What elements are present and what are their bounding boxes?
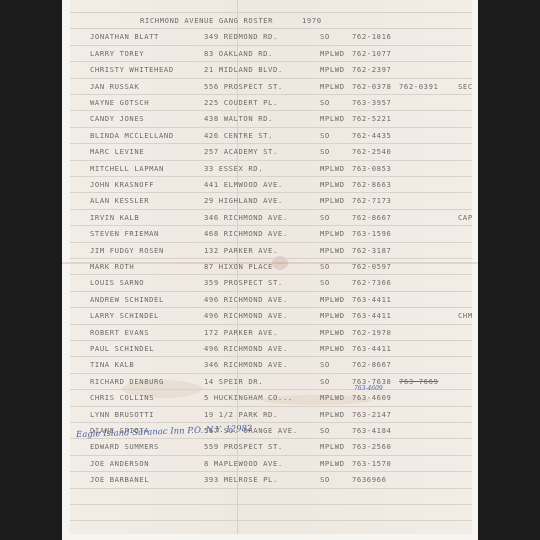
member-address: 132 PARKER AVE. <box>204 246 278 255</box>
member-town: MPLWD <box>320 393 345 402</box>
member-phone: 763-2147 <box>352 410 391 419</box>
member-phone-alt: 762-0391 <box>399 82 438 91</box>
member-address: 559 PROSPECT ST. <box>204 442 283 451</box>
member-name: PAUL SCHINDEL <box>90 344 154 353</box>
member-town: SO <box>320 278 330 287</box>
member-town: SO <box>320 262 330 271</box>
roster-row: WAYNE GOTSCH225 COUDERT PL.SO763-3957 <box>62 94 478 110</box>
roster-row: LARRY TOREY83 OAKLAND RD.MPLWD762-1077 <box>62 45 478 61</box>
member-name: WAYNE GOTSCH <box>90 98 149 107</box>
roster-row: ROBERT EVANS172 PARKER AVE.MPLWD762-1970 <box>62 324 478 340</box>
member-town: MPLWD <box>320 164 345 173</box>
member-phone: 763-1596 <box>352 229 391 238</box>
member-phone: 762-7366 <box>352 278 391 287</box>
member-town: SO <box>320 360 330 369</box>
member-phone: 763-4411 <box>352 311 391 320</box>
roster-year: 1970 <box>302 16 322 25</box>
member-phone: 763-2560 <box>352 442 391 451</box>
roster-row: MITCHELL LAPMAN33 ESSEX RD.MPLWD763-0853 <box>62 160 478 176</box>
handwritten-phone: 763-4609 <box>354 385 383 392</box>
member-address: 496 RICHMOND AVE. <box>204 344 288 353</box>
member-town: MPLWD <box>320 410 345 419</box>
member-name: CHRIS COLLINS <box>90 393 154 402</box>
member-address: 393 MELROSE PL. <box>204 475 278 484</box>
member-phone: 763-4609 <box>352 393 391 402</box>
ruled-line <box>70 488 472 489</box>
member-phone: 7636966 <box>352 475 387 484</box>
member-town: SO <box>320 377 330 386</box>
roster-row: STEVEN FRIEMAN468 RICHMOND AVE.MPLWD763-… <box>62 225 478 241</box>
member-phone: 762-1077 <box>352 49 391 58</box>
member-name: JOE BARBANEL <box>90 475 149 484</box>
member-phone: 763-4184 <box>352 426 391 435</box>
roster-row: PAUL SCHINDEL496 RICHMOND AVE.MPLWD763-4… <box>62 340 478 356</box>
member-note: CHM <box>458 311 473 320</box>
member-town: MPLWD <box>320 229 345 238</box>
roster-row: ANDREW SCHINDEL496 RICHMOND AVE.MPLWD763… <box>62 291 478 307</box>
member-address: 426 CENTRE ST. <box>204 131 273 140</box>
member-name: BLINDA MCCLELLAND <box>90 131 174 140</box>
member-town: SO <box>320 131 330 140</box>
member-phone: 763-4411 <box>352 295 391 304</box>
roster-row: JOE ANDERSON8 MAPLEWOOD AVE.MPLWD763-157… <box>62 455 478 471</box>
member-address: 438 WALTON RD. <box>204 114 273 123</box>
member-town: MPLWD <box>320 180 345 189</box>
member-name: CHRISTY WHITEHEAD <box>90 65 174 74</box>
member-phone: 763-1570 <box>352 459 391 468</box>
member-name: LYNN BRUSOTTI <box>90 410 154 419</box>
member-name: CANDY JONES <box>90 114 144 123</box>
member-name: JOE ANDERSON <box>90 459 149 468</box>
member-address: 5 HUCKINGHAM CO... <box>204 393 293 402</box>
member-address: 441 ELMWOOD AVE. <box>204 180 283 189</box>
roster-row: EDWARD SUMMERS559 PROSPECT ST.MPLWD763-2… <box>62 438 478 454</box>
ruled-line <box>70 520 472 521</box>
member-town: MPLWD <box>320 196 345 205</box>
member-address: 346 RICHMOND AVE. <box>204 213 288 222</box>
member-address: 21 MIDLAND BLVD. <box>204 65 283 74</box>
member-address: 257 ACADEMY ST. <box>204 147 278 156</box>
member-phone: 763-4411 <box>352 344 391 353</box>
member-address: 172 PARKER AVE. <box>204 328 278 337</box>
roster-row: MARK ROTH87 HIXON PLACESO762-0597 <box>62 258 478 274</box>
member-address: 359 PROSPECT ST. <box>204 278 283 287</box>
member-town: SO <box>320 475 330 484</box>
member-phone: 762-8667 <box>352 360 391 369</box>
member-town: MPLWD <box>320 114 345 123</box>
member-phone: 762-7173 <box>352 196 391 205</box>
member-address: 83 OAKLAND RD. <box>204 49 273 58</box>
member-address: 87 HIXON PLACE <box>204 262 273 271</box>
member-name: LARRY SCHINDEL <box>90 311 159 320</box>
member-address: 225 COUDERT PL. <box>204 98 278 107</box>
member-town: MPLWD <box>320 82 345 91</box>
member-phone: 762-0597 <box>352 262 391 271</box>
member-name: TINA KALB <box>90 360 134 369</box>
member-name: JIM FUDGY ROSEN <box>90 246 164 255</box>
member-phone: 762-2397 <box>352 65 391 74</box>
member-note: CAP <box>458 213 473 222</box>
member-phone: 762-3187 <box>352 246 391 255</box>
member-address: 468 RICHMOND AVE. <box>204 229 288 238</box>
member-town: SO <box>320 98 330 107</box>
roster-title: RICHMOND AVENUE GANG ROSTER <box>140 16 273 25</box>
roster-paper: RICHMOND AVENUE GANG ROSTER 1970 JONATHA… <box>62 0 478 540</box>
member-town: MPLWD <box>320 295 345 304</box>
member-address: 33 ESSEX RD. <box>204 164 263 173</box>
member-town: MPLWD <box>320 49 345 58</box>
ruled-line <box>70 504 472 505</box>
member-phone-alt: 763-7669 <box>399 377 438 386</box>
member-name: LARRY TOREY <box>90 49 144 58</box>
member-phone: 763-3957 <box>352 98 391 107</box>
member-town: MPLWD <box>320 328 345 337</box>
member-town: MPLWD <box>320 344 345 353</box>
roster-row: CHRISTY WHITEHEAD21 MIDLAND BLVD.MPLWD76… <box>62 61 478 77</box>
member-name: JOHN KRASNOFF <box>90 180 154 189</box>
member-town: SO <box>320 426 330 435</box>
member-address: 14 SPEIR DR. <box>204 377 263 386</box>
member-town: MPLWD <box>320 246 345 255</box>
member-name: JONATHAN BLATT <box>90 32 159 41</box>
member-phone: 762-1970 <box>352 328 391 337</box>
roster-row: JOHN KRASNOFF441 ELMWOOD AVE.MPLWD762-86… <box>62 176 478 192</box>
member-address: 29 HIGHLAND AVE. <box>204 196 283 205</box>
member-note: SEC <box>458 82 473 91</box>
member-town: SO <box>320 32 330 41</box>
member-phone: 762-8667 <box>352 213 391 222</box>
member-name: JAN RUSSAK <box>90 82 139 91</box>
member-phone: 763-0853 <box>352 164 391 173</box>
member-town: SO <box>320 213 330 222</box>
member-name: RICHARD DENBURG <box>90 377 164 386</box>
roster-header: RICHMOND AVENUE GANG ROSTER 1970 <box>62 12 478 28</box>
roster-row: LOUIS SARNO359 PROSPECT ST.SO762-7366 <box>62 274 478 290</box>
member-name: LOUIS SARNO <box>90 278 144 287</box>
member-phone: 762-0378 <box>352 82 391 91</box>
roster-row: MARC LEVINE257 ACADEMY ST.SO762-2540 <box>62 143 478 159</box>
member-address: 349 REDMOND RD. <box>204 32 278 41</box>
roster-row: LARRY SCHINDEL496 RICHMOND AVE.MPLWD763-… <box>62 307 478 323</box>
member-phone: 762-1816 <box>352 32 391 41</box>
member-name: EDWARD SUMMERS <box>90 442 159 451</box>
roster-row: LYNN BRUSOTTI19 1/2 PARK RD.MPLWD763-214… <box>62 406 478 422</box>
member-name: ALAN KESSLER <box>90 196 149 205</box>
member-town: MPLWD <box>320 442 345 451</box>
roster-row: IRVIN KALB346 RICHMOND AVE.SO762-8667CAP <box>62 209 478 225</box>
member-name: MARC LEVINE <box>90 147 144 156</box>
member-town: MPLWD <box>320 311 345 320</box>
member-address: 19 1/2 PARK RD. <box>204 410 278 419</box>
member-name: ROBERT EVANS <box>90 328 149 337</box>
roster-row: ALAN KESSLER29 HIGHLAND AVE.MPLWD762-717… <box>62 192 478 208</box>
member-town: MPLWD <box>320 65 345 74</box>
member-name: IRVIN KALB <box>90 213 139 222</box>
roster-row: JAN RUSSAK556 PROSPECT ST.MPLWD762-03787… <box>62 78 478 94</box>
member-address: 556 PROSPECT ST. <box>204 82 283 91</box>
member-address: 346 RICHMOND AVE. <box>204 360 288 369</box>
member-town: SO <box>320 147 330 156</box>
roster-row: TINA KALB346 RICHMOND AVE.SO762-8667 <box>62 356 478 372</box>
member-phone: 762-2540 <box>352 147 391 156</box>
member-phone: 762-5221 <box>352 114 391 123</box>
roster-row: RICHARD DENBURG14 SPEIR DR.SO763-7638763… <box>62 373 478 389</box>
roster-row: JONATHAN BLATT349 REDMOND RD.SO762-1816 <box>62 28 478 44</box>
roster-row: JOE BARBANEL393 MELROSE PL.SO7636966 <box>62 471 478 487</box>
member-address: 8 MAPLEWOOD AVE. <box>204 459 283 468</box>
member-name: MARK ROTH <box>90 262 134 271</box>
roster-row: CANDY JONES438 WALTON RD.MPLWD762-5221 <box>62 110 478 126</box>
roster-row: BLINDA MCCLELLAND426 CENTRE ST.SO762-443… <box>62 127 478 143</box>
member-address: 496 RICHMOND AVE. <box>204 295 288 304</box>
member-name: ANDREW SCHINDEL <box>90 295 164 304</box>
member-address: 496 RICHMOND AVE. <box>204 311 288 320</box>
roster-row: CHRIS COLLINS5 HUCKINGHAM CO...MPLWD763-… <box>62 389 478 405</box>
member-name: STEVEN FRIEMAN <box>90 229 159 238</box>
member-phone: 762-8663 <box>352 180 391 189</box>
paper-bottom-edge <box>62 534 478 540</box>
roster-row: JIM FUDGY ROSEN132 PARKER AVE.MPLWD762-3… <box>62 242 478 258</box>
member-phone: 762-4435 <box>352 131 391 140</box>
member-name: MITCHELL LAPMAN <box>90 164 164 173</box>
member-town: MPLWD <box>320 459 345 468</box>
